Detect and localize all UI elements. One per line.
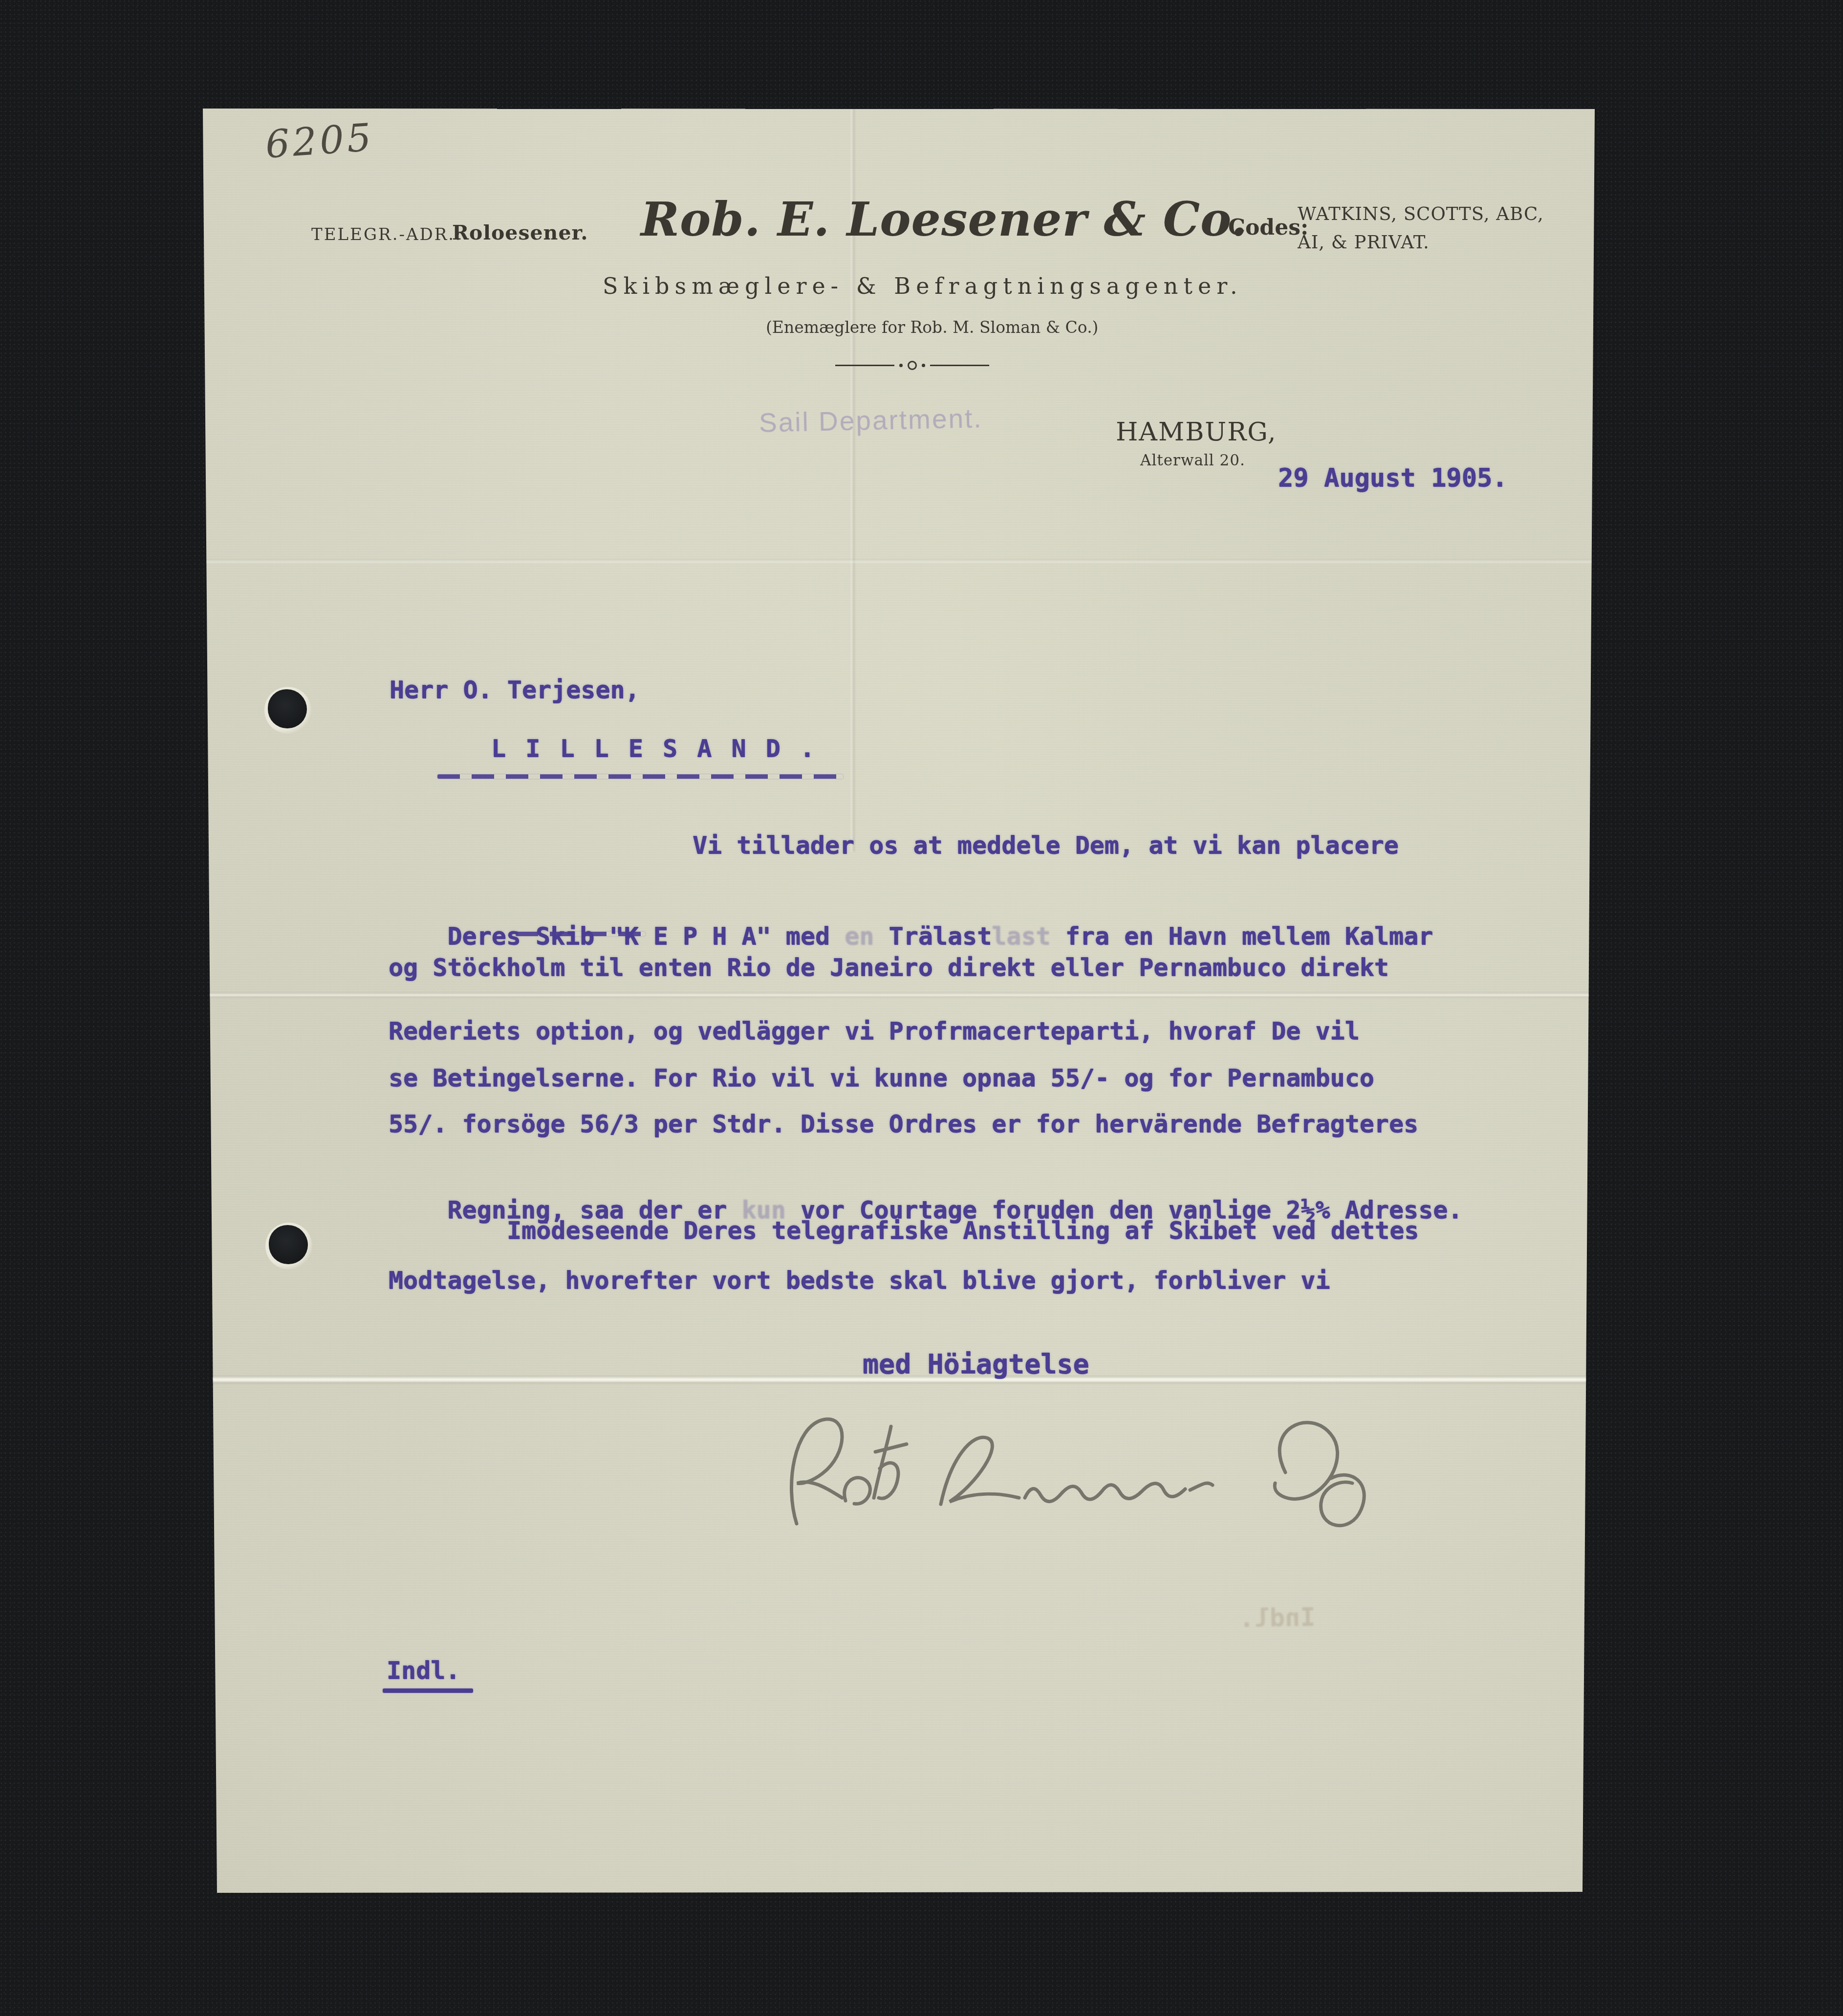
telegram-address-label: TELEGR.-ADR.: [311, 225, 462, 244]
body-line-5: se Betingelserne. For Rio vil vi kunne o… [389, 1064, 1374, 1092]
punch-hole-bottom [269, 1225, 308, 1264]
separator-line-left [835, 365, 894, 366]
letter-paper: 6205 TELEGR.-ADR.: Roloesener. Rob. E. L… [203, 109, 1595, 1893]
separator-ring-icon [908, 361, 917, 370]
upper-faint-crease [203, 559, 1595, 564]
separator-dot-right [922, 364, 925, 367]
body-line2-faded-word2: last [992, 922, 1050, 950]
letterhead-separator [835, 361, 989, 370]
photographed-album-page: { "document": { "archival_number": "6205… [0, 0, 1843, 2016]
recipient-city: L I L L E S A N D . [491, 734, 817, 763]
paper-texture [203, 109, 1595, 1893]
body-line-8: Imödeseende Deres telegrafiske Anstillin… [507, 1216, 1419, 1245]
company-subtitle: Skibsmæglere- & Befragtningsagenter. [603, 273, 1243, 299]
sail-department-stamp: Sail Department. [759, 402, 983, 438]
codes-line2: AI, & PRIVAT. [1298, 232, 1430, 253]
enclosure-note: Indl. [387, 1656, 460, 1685]
signature [755, 1399, 1400, 1546]
punch-hole-rim-bottom [265, 1223, 312, 1270]
body-line-4: Rederiets option, og vedlägger vi Profrm… [389, 1017, 1360, 1045]
agency-note: (Enemæglere for Rob. M. Sloman & Co.) [766, 318, 1099, 337]
letter-date: 29 August 1905. [1278, 463, 1508, 493]
street-address: Alterwall 20. [1140, 452, 1245, 469]
city-name: HAMBURG, [1116, 417, 1277, 447]
body-line-1: Vi tillader os at meddele Dem, at vi kan… [693, 831, 1399, 859]
body-line-6: 55/. forsöge 56/3 per Stdr. Disse Ordres… [389, 1110, 1418, 1138]
punch-hole-top [268, 689, 307, 728]
codes-label: Codes: [1228, 215, 1308, 240]
body-line-3: og Stöckholm til enten Rio de Janeiro di… [389, 953, 1389, 982]
body-line2-faded-word: en [845, 922, 889, 950]
body-line2-prefix: Deres Skib [447, 922, 609, 950]
separator-line-right [930, 365, 989, 366]
company-name: Rob. E. Loesener & Co. [641, 193, 1248, 247]
archival-number-handwritten: 6205 [264, 115, 375, 167]
recipient-underline-dashes [437, 774, 843, 779]
enclosure-underline [383, 1688, 473, 1693]
middle-fold-crease [203, 992, 1595, 998]
separator-dot-left [899, 364, 903, 367]
ship-name-underline [516, 932, 645, 936]
cargo-word: Trälast [889, 922, 992, 950]
recipient-name: Herr O. Terjesen, [390, 676, 640, 704]
ship-name: "K E P H A" [609, 922, 771, 950]
punch-hole-rim-top [264, 687, 311, 734]
bleedthrough-ghost-text: Indl. [1238, 1603, 1316, 1634]
codes-line1: WATKINS, SCOTTS, ABC, [1298, 203, 1544, 224]
body-line-9: Modtagelse, hvorefter vort bedste skal b… [389, 1266, 1330, 1294]
telegram-address-key: TELEGR.-ADR.: [311, 225, 462, 244]
body-line2-rest: fra en Havn mellem Kalmar [1051, 922, 1433, 950]
telegram-address-value: Roloesener. [452, 221, 588, 244]
closing-phrase: med Höiagtelse [863, 1348, 1089, 1380]
body-line2-mid: med [771, 922, 845, 950]
